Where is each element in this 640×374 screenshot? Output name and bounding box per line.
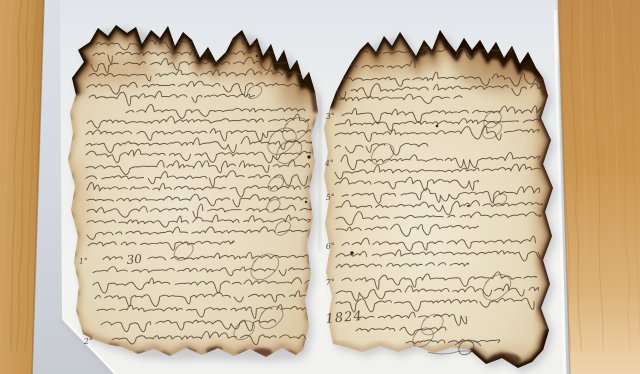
paragraph-marker-6: 6° (326, 241, 336, 251)
number-30: 30 (126, 252, 143, 267)
paragraph-marker-5: 5° (326, 192, 336, 202)
paragraph-marker-3: 3° (326, 111, 336, 121)
wood-panel-right (558, 0, 640, 374)
paragraph-marker-7: 7° (326, 277, 336, 287)
item-1-marker: 1° (79, 256, 89, 266)
manuscript-page-right: 3° 4° 5° 6° 7° 1824 (322, 30, 559, 368)
paragraph-marker-4: 4° (324, 158, 335, 168)
scene-canvas: 1° 30 2° (0, 0, 640, 374)
page-seam-shadow (319, 95, 321, 250)
manuscript-page-left: 1° 30 2° (68, 25, 322, 360)
photo-of-burnt-manuscript: 1° 30 2° (0, 0, 640, 374)
item-2-marker: 2° (83, 336, 94, 346)
